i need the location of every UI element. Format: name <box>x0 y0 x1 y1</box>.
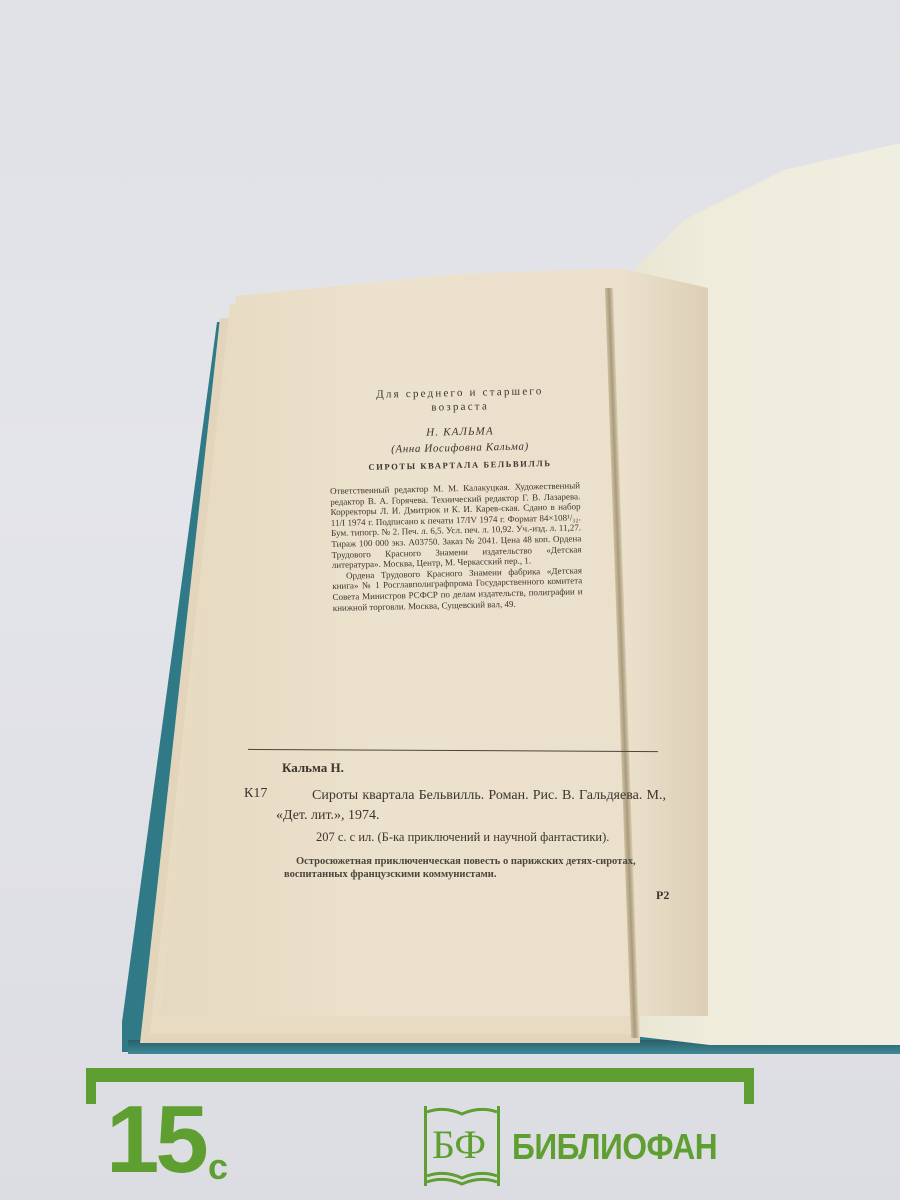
age-note: Для среднего и старшего возраста <box>355 384 566 416</box>
catalog-entry: Сироты квартала Бельвилль. Роман. Рис. В… <box>276 786 666 826</box>
catalog-index: К17 <box>244 786 267 802</box>
logo-letters: БФ <box>432 1122 486 1168</box>
price-unit: с <box>208 1146 228 1188</box>
catalog-code: Р2 <box>656 888 669 903</box>
catalog-pages: 207 с. с ил. (Б-ка приключений и научной… <box>316 830 666 845</box>
brand-name: БИБЛИОФАН <box>512 1126 717 1168</box>
price-label-bar <box>86 1068 754 1082</box>
catalog-author: Кальма Н. <box>282 760 344 776</box>
imprint-paragraph: Ответственный редактор М. М. Калакуцкая.… <box>330 480 582 570</box>
catalog-annotation: Остросюжетная приключенческая повесть о … <box>284 855 674 881</box>
price-label-tick-right <box>744 1068 754 1104</box>
imprint-block: Ответственный редактор М. М. Калакуцкая.… <box>330 480 583 613</box>
price-value: 15 <box>106 1092 205 1188</box>
imprint-paragraph: Ордена Трудового Красного Знамени фабрик… <box>332 565 583 613</box>
price-label-tick-left <box>86 1068 96 1104</box>
photo-scene: Для среднего и старшего возраста Н. КАЛЬ… <box>0 0 900 1200</box>
